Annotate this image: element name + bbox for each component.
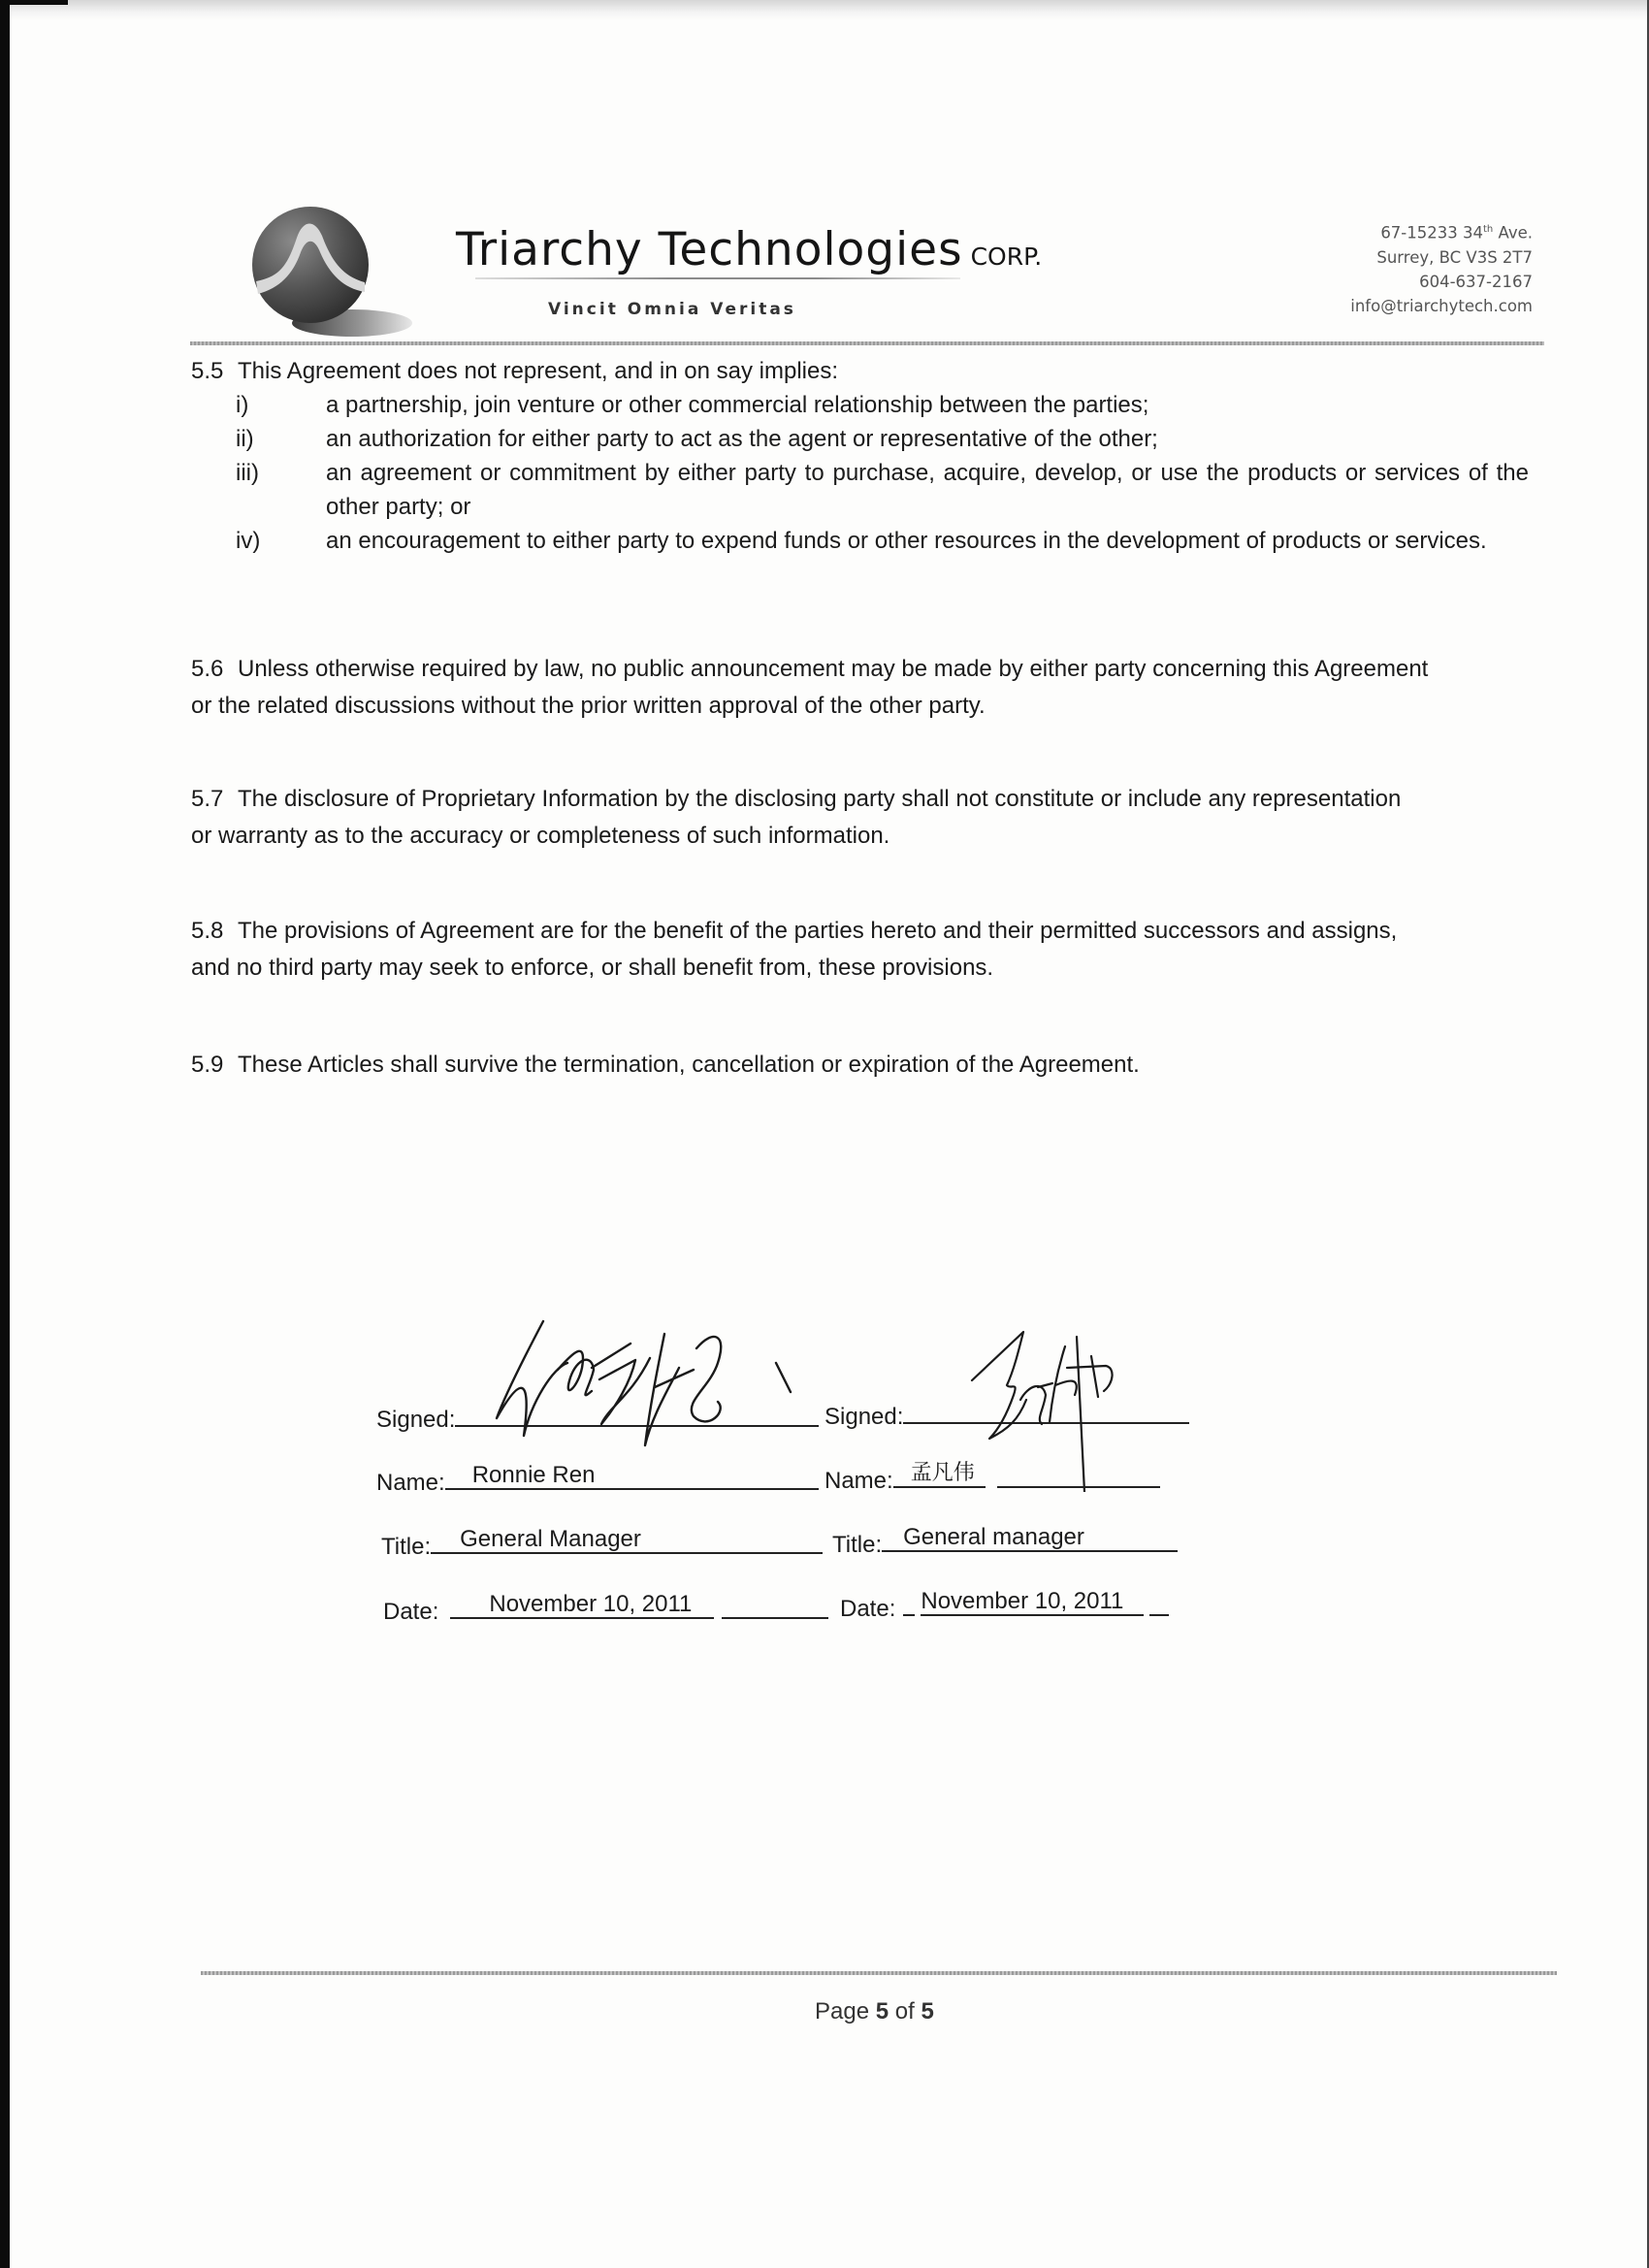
header-divider: [190, 341, 1544, 345]
title-field-left[interactable]: General Manager: [431, 1531, 823, 1554]
date-field-right-tail: [1149, 1593, 1169, 1616]
item-marker: iii): [236, 456, 259, 490]
company-suffix: CORP.: [971, 243, 1043, 271]
clause-number: 5.9: [191, 1048, 238, 1082]
clause-line: 5.7The disclosure of Proprietary Informa…: [191, 782, 1401, 816]
address-city: Surrey, BC V3S 2T7: [1350, 245, 1533, 270]
footer-divider: [201, 1971, 1557, 1975]
clause-item: i) a partnership, join venture or other …: [236, 388, 1536, 422]
name-field-left[interactable]: Ronnie Ren: [445, 1467, 819, 1490]
brand-underline: [475, 277, 960, 279]
date-row-left: Date:November 10, 2011: [383, 1596, 828, 1627]
title-row-right: Title:General manager: [832, 1529, 1178, 1560]
clause-text-cont: or the related discussions without the p…: [191, 689, 986, 723]
clause-number: 5.7: [191, 782, 238, 816]
title-label: Title:: [381, 1534, 431, 1560]
clause-number: 5.8: [191, 914, 238, 948]
signed-label: Signed:: [824, 1404, 903, 1430]
clause-line: 5.9These Articles shall survive the term…: [191, 1048, 1140, 1082]
clause-number: 5.6: [191, 652, 238, 686]
date-value: November 10, 2011: [489, 1590, 692, 1619]
company-motto: Vincit Omnia Veritas: [548, 300, 796, 319]
title-value: General manager: [903, 1523, 1084, 1552]
name-field-right[interactable]: 孟凡伟: [893, 1465, 986, 1488]
clause-text-cont: and no third party may seek to enforce, …: [191, 951, 993, 985]
clause-line: 5.6Unless otherwise required by law, no …: [191, 652, 1428, 686]
date-label: Date:: [840, 1596, 895, 1622]
title-field-right[interactable]: General manager: [882, 1529, 1178, 1552]
clause-heading: 5.5This Agreement does not represent, an…: [191, 354, 838, 388]
clause-text: These Articles shall survive the termina…: [238, 1052, 1140, 1078]
clause-item: iv) an encouragement to either party to …: [236, 524, 1536, 558]
clause-text: The provisions of Agreement are for the …: [238, 918, 1397, 944]
name-label: Name:: [376, 1470, 445, 1496]
signed-label: Signed:: [376, 1407, 455, 1433]
handwritten-signature-left-icon: [485, 1310, 815, 1455]
clause-number: 5.5: [191, 354, 238, 388]
address-street: 67-15233 34th Ave.: [1350, 217, 1533, 245]
name-field-right-extra: [997, 1465, 1160, 1488]
page-indicator: Page 5 of 5: [815, 1998, 934, 2025]
item-marker: iv): [236, 524, 260, 558]
name-value: Ronnie Ren: [472, 1461, 596, 1490]
date-label: Date:: [383, 1599, 438, 1625]
title-label: Title:: [832, 1532, 882, 1558]
date-field-left-extra: [722, 1596, 828, 1619]
company-address: 67-15233 34th Ave. Surrey, BC V3S 2T7 60…: [1350, 217, 1533, 318]
page-current: 5: [876, 1998, 889, 2025]
scan-edge-left: [0, 0, 10, 2268]
clause-text: Unless otherwise required by law, no pub…: [238, 656, 1428, 682]
date-field-right[interactable]: November 10, 2011: [921, 1593, 1144, 1616]
clause-text: The disclosure of Proprietary Informatio…: [238, 786, 1401, 812]
page-total: 5: [921, 1998, 933, 2025]
scan-edge-corner: [0, 0, 68, 5]
name-value: 孟凡伟: [911, 1459, 975, 1488]
item-text: an authorization for either party to act…: [326, 422, 1536, 456]
title-value: General Manager: [460, 1525, 641, 1554]
clause-item: iii) an agreement or commitment by eithe…: [236, 456, 1536, 524]
name-row-left: Name:Ronnie Ren: [376, 1467, 819, 1498]
sphere-wave-logo-icon: [250, 199, 415, 344]
item-text: a partnership, join venture or other com…: [326, 388, 1536, 422]
page-prefix: Page: [815, 1998, 876, 2025]
scan-shadow-top: [0, 0, 1649, 21]
clause-item: ii) an authorization for either party to…: [236, 422, 1536, 456]
company-name-text: Triarchy Technologies: [456, 223, 963, 276]
item-text: an encouragement to either party to expe…: [326, 524, 1529, 558]
clause-text: This Agreement does not represent, and i…: [238, 358, 838, 384]
address-phone: 604-637-2167: [1350, 270, 1533, 294]
clause-text-cont: or warranty as to the accuracy or comple…: [191, 819, 889, 853]
date-field-left[interactable]: November 10, 2011: [450, 1596, 714, 1619]
date-value: November 10, 2011: [921, 1587, 1123, 1616]
item-marker: ii): [236, 422, 254, 456]
item-text: an agreement or commitment by either par…: [326, 456, 1529, 524]
name-row-right: Name:孟凡伟: [824, 1465, 1160, 1496]
company-name: Triarchy TechnologiesCORP.: [456, 223, 1042, 276]
page-of: of: [889, 1998, 921, 2025]
date-row-right: Date:November 10, 2011: [840, 1593, 1169, 1624]
title-row-left: Title:General Manager: [381, 1531, 823, 1562]
address-email[interactable]: info@triarchytech.com: [1350, 294, 1533, 318]
item-marker: i): [236, 388, 248, 422]
name-label: Name:: [824, 1468, 893, 1494]
date-field-right-lead: [903, 1593, 915, 1616]
clause-line: 5.8The provisions of Agreement are for t…: [191, 914, 1397, 948]
